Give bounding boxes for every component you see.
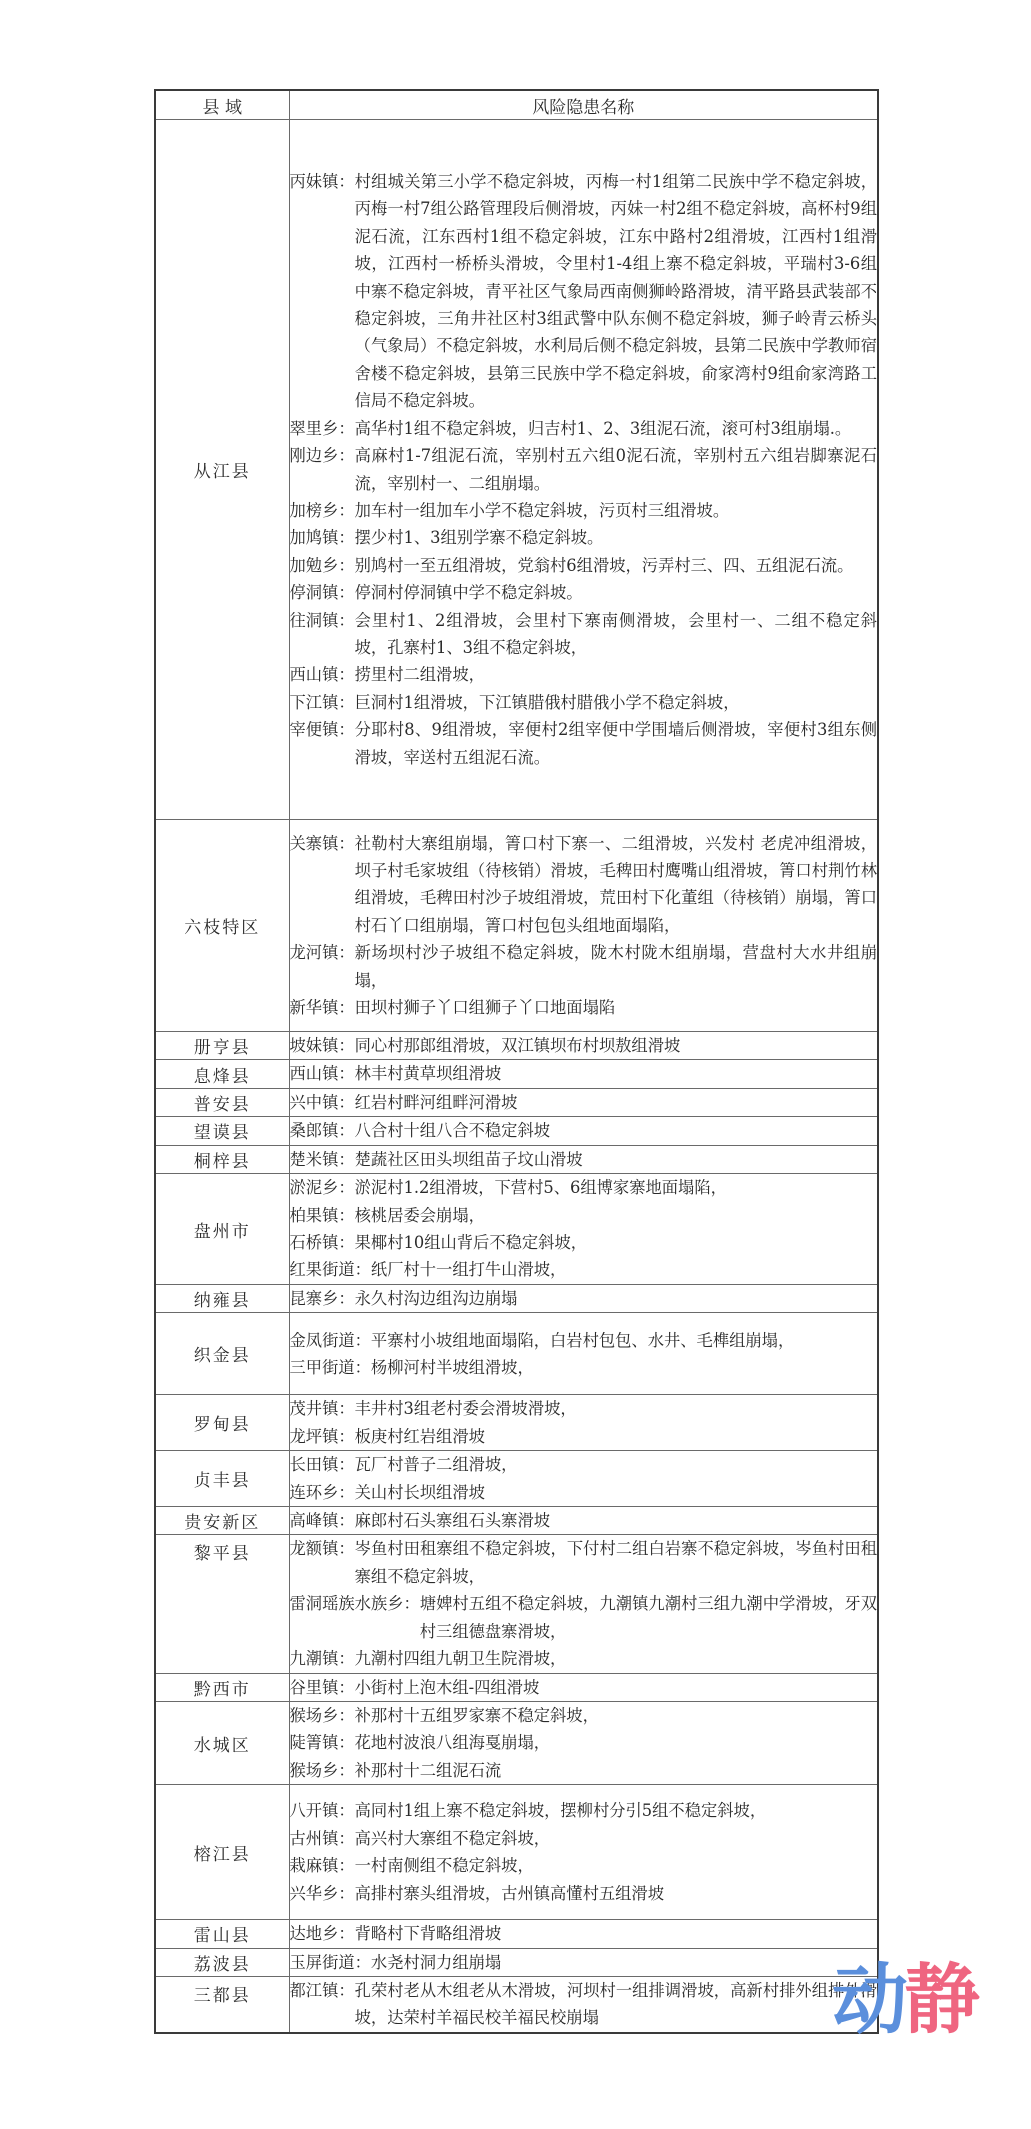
hazard-description: 高华村1组不稳定斜坡，归吉村1、2、3组泥石流，滚可村3组崩塌.。 (355, 415, 877, 442)
hazard-entry: 兴华乡：高排村寨头组滑坡，古州镇高懂村五组滑坡 (290, 1880, 878, 1907)
town-name: 兴中镇： (290, 1089, 355, 1116)
county-cell: 望谟县 (155, 1117, 289, 1145)
hazard-description: 田坝村狮子丫口组狮子丫口地面塌陷 (355, 994, 877, 1021)
town-name: 兴华乡： (290, 1880, 355, 1907)
hazard-description: 丰井村3组老村委会滑坡滑坡， (355, 1395, 877, 1422)
county-cell: 罗甸县 (155, 1395, 289, 1451)
table-row: 六枝特区关寨镇：社勒村大寨组崩塌，箐口村下寨一、二组滑坡，兴发村 老虎冲组滑坡，… (155, 820, 878, 1032)
town-name: 关寨镇： (290, 830, 355, 857)
hazard-description: 八合村十组八合不稳定斜坡 (355, 1117, 877, 1144)
hazard-description: 孔荣村老从木组老从木滑坡，河坝村一组排调滑坡，高新村排外组排外滑坡，达荣村羊福民… (355, 1977, 877, 2032)
header-hazard-name: 风险隐患名称 (289, 90, 878, 120)
hazard-list-cell: 玉屏街道：水尧村洞力组崩塌 (289, 1948, 878, 1976)
county-cell: 水城区 (155, 1701, 289, 1784)
hazard-description: 水尧村洞力组崩塌 (371, 1949, 877, 1976)
hazard-description: 杨柳河村半坡组滑坡， (371, 1354, 877, 1381)
hazard-description: 背略村下背略组滑坡 (355, 1920, 877, 1947)
hazard-entry: 八开镇：高同村1组上寨不稳定斜坡，摆柳村分引5组不稳定斜坡， (290, 1797, 878, 1824)
town-name: 新华镇： (290, 994, 355, 1021)
hazard-list-cell: 茂井镇：丰井村3组老村委会滑坡滑坡，龙坪镇：板庚村红岩组滑坡 (289, 1395, 878, 1451)
hazard-entry: 陡箐镇：花地村波浪八组海戛崩塌， (290, 1729, 878, 1756)
county-cell: 册亨县 (155, 1032, 289, 1060)
hazard-entry: 新华镇：田坝村狮子丫口组狮子丫口地面塌陷 (290, 994, 878, 1021)
hazard-entry: 都江镇：孔荣村老从木组老从木滑坡，河坝村一组排调滑坡，高新村排外组排外滑坡，达荣… (290, 1977, 878, 2032)
hazard-description: 果椰村10组山背后不稳定斜坡， (355, 1229, 877, 1256)
hazard-entry: 丙妹镇：村组城关第三小学不稳定斜坡，丙梅一村1组第二民族中学不稳定斜坡，丙梅一村… (290, 168, 878, 415)
hazard-entry: 九潮镇：九潮村四组九朝卫生院滑坡， (290, 1645, 878, 1672)
town-name: 玉屏街道： (290, 1949, 371, 1976)
hazard-entry: 宰便镇：分耶村8、9组滑坡，宰便村2组宰便中学围墙后侧滑坡，宰便村3组东侧滑坡，… (290, 716, 878, 771)
hazard-list-cell: 谷里镇：小街村上泡木组-四组滑坡 (289, 1673, 878, 1701)
hazard-entry: 淤泥乡：淤泥村1.2组滑坡，下营村5、6组博家寨地面塌陷， (290, 1174, 878, 1201)
hazard-list-cell: 兴中镇：红岩村畔河组畔河滑坡 (289, 1088, 878, 1116)
town-name: 谷里镇： (290, 1674, 355, 1701)
watermark-char-jing: 静 (904, 1955, 976, 2044)
hazard-list-cell: 猴场乡：补那村十五组罗家寨不稳定斜坡，陡箐镇：花地村波浪八组海戛崩塌，猴场乡：补… (289, 1701, 878, 1784)
town-name: 加勉乡： (290, 552, 355, 579)
hazard-description: 同心村那郎组滑坡，双江镇坝布村坝敖组滑坡 (355, 1032, 877, 1059)
hazard-description: 村组城关第三小学不稳定斜坡，丙梅一村1组第二民族中学不稳定斜坡，丙梅一村7组公路… (355, 168, 877, 415)
hazard-list-cell: 西山镇：林丰村黄草坝组滑坡 (289, 1060, 878, 1088)
town-name: 达地乡： (290, 1920, 355, 1947)
town-name: 丙妹镇： (290, 168, 355, 195)
hazard-description: 板庚村红岩组滑坡 (355, 1423, 877, 1450)
hazard-description: 社勒村大寨组崩塌，箐口村下寨一、二组滑坡，兴发村 老虎冲组滑坡，坝子村毛家坡组（… (355, 830, 877, 940)
hazard-list-cell: 昆寨乡：永久村沟边组沟边崩塌 (289, 1285, 878, 1313)
hazard-description: 高排村寨头组滑坡，古州镇高懂村五组滑坡 (355, 1880, 877, 1907)
hazard-description: 补那村十二组泥石流 (355, 1757, 877, 1784)
table-row: 贵安新区高峰镇：麻郎村石头寨组石头寨滑坡 (155, 1507, 878, 1535)
town-name: 猴场乡： (290, 1757, 355, 1784)
hazard-entry: 龙河镇：新场坝村沙子坡组不稳定斜坡，陇木村陇木组崩塌，营盘村大水井组崩塌， (290, 939, 878, 994)
hazard-entry: 茂井镇：丰井村3组老村委会滑坡滑坡， (290, 1395, 878, 1422)
county-cell: 织金县 (155, 1313, 289, 1395)
town-name: 古州镇： (290, 1825, 355, 1852)
hazard-list-cell: 金凤街道：平寨村小坡组地面塌陷，白岩村包包、水井、毛榫组崩塌，三甲街道：杨柳河村… (289, 1313, 878, 1395)
town-name: 加鸠镇： (290, 524, 355, 551)
hazard-entry: 西山镇：捞里村二组滑坡， (290, 661, 878, 688)
county-cell: 三都县 (155, 1976, 289, 2032)
hazard-list-cell: 桑郎镇：八合村十组八合不稳定斜坡 (289, 1117, 878, 1145)
hazard-description: 别鸠村一至五组滑坡，党翁村6组滑坡，污弄村三、四、五组泥石流。 (355, 552, 877, 579)
hazard-description: 平寨村小坡组地面塌陷，白岩村包包、水井、毛榫组崩塌， (371, 1327, 877, 1354)
hazard-entry: 玉屏街道：水尧村洞力组崩塌 (290, 1949, 878, 1976)
hazard-description: 会里村1、2组滑坡，会里村下寨南侧滑坡，会里村一、二组不稳定斜坡，孔寨村1、3组… (355, 607, 877, 662)
town-name: 栽麻镇： (290, 1852, 355, 1879)
table-row: 贞丰县长田镇：瓦厂村普子二组滑坡，连环乡：关山村长坝组滑坡 (155, 1451, 878, 1507)
town-name: 宰便镇： (290, 716, 355, 743)
hazard-entry: 停洞镇：停洞村停洞镇中学不稳定斜坡。 (290, 579, 878, 606)
hazard-entry: 谷里镇：小街村上泡木组-四组滑坡 (290, 1674, 878, 1701)
hazard-entry: 古州镇：高兴村大寨组不稳定斜坡， (290, 1825, 878, 1852)
hazard-description: 关山村长坝组滑坡 (355, 1479, 877, 1506)
hazard-entry: 楚米镇：楚蔬社区田头坝组苗子坟山滑坡 (290, 1146, 878, 1173)
table-row: 雷山县达地乡：背略村下背略组滑坡 (155, 1920, 878, 1948)
town-name: 连环乡： (290, 1479, 355, 1506)
county-cell: 盘州市 (155, 1174, 289, 1285)
table-row: 荔波县玉屏街道：水尧村洞力组崩塌 (155, 1948, 878, 1976)
hazard-entry: 龙坪镇：板庚村红岩组滑坡 (290, 1423, 878, 1450)
hazard-entry: 关寨镇：社勒村大寨组崩塌，箐口村下寨一、二组滑坡，兴发村 老虎冲组滑坡，坝子村毛… (290, 830, 878, 940)
hazard-entry: 下江镇：巨洞村1组滑坡，下江镇腊俄村腊俄小学不稳定斜坡， (290, 689, 878, 716)
county-cell: 六枝特区 (155, 820, 289, 1032)
table-row: 纳雍县昆寨乡：永久村沟边组沟边崩塌 (155, 1285, 878, 1313)
hazard-description: 林丰村黄草坝组滑坡 (355, 1060, 877, 1087)
hazard-description: 岑鱼村田租寨组不稳定斜坡，下付村二组白岩寨不稳定斜坡，岑鱼村田租寨组不稳定斜坡， (355, 1535, 877, 1590)
county-cell: 贵安新区 (155, 1507, 289, 1535)
town-name: 桑郎镇： (290, 1117, 355, 1144)
county-cell: 桐梓县 (155, 1145, 289, 1173)
table-row: 黔西市谷里镇：小街村上泡木组-四组滑坡 (155, 1673, 878, 1701)
hazard-entry: 加勉乡：别鸠村一至五组滑坡，党翁村6组滑坡，污弄村三、四、五组泥石流。 (290, 552, 878, 579)
table-row: 从江县丙妹镇：村组城关第三小学不稳定斜坡，丙梅一村1组第二民族中学不稳定斜坡，丙… (155, 120, 878, 820)
hazard-description: 高麻村1-7组泥石流，宰别村五六组0泥石流，宰别村五六组岩脚寨泥石流，宰别村一、… (355, 442, 877, 497)
town-name: 猴场乡： (290, 1702, 355, 1729)
town-name: 停洞镇： (290, 579, 355, 606)
hazard-entry: 猴场乡：补那村十二组泥石流 (290, 1757, 878, 1784)
county-cell: 荔波县 (155, 1948, 289, 1976)
town-name: 柏果镇： (290, 1202, 355, 1229)
risk-hazard-table: 县 域 风险隐患名称 从江县丙妹镇：村组城关第三小学不稳定斜坡，丙梅一村1组第二… (154, 89, 879, 2034)
town-name: 茂井镇： (290, 1395, 355, 1422)
table-header-row: 县 域 风险隐患名称 (155, 90, 878, 120)
hazard-entry: 刚边乡：高麻村1-7组泥石流，宰别村五六组0泥石流，宰别村五六组岩脚寨泥石流，宰… (290, 442, 878, 497)
hazard-description: 摆少村1、3组别学寨不稳定斜坡。 (355, 524, 877, 551)
town-name: 陡箐镇： (290, 1729, 355, 1756)
town-name: 石桥镇： (290, 1229, 355, 1256)
county-cell: 普安县 (155, 1088, 289, 1116)
town-name: 高峰镇： (290, 1507, 355, 1534)
town-name: 刚边乡： (290, 442, 355, 469)
header-county: 县 域 (155, 90, 289, 120)
table-row: 黎平县龙额镇：岑鱼村田租寨组不稳定斜坡，下付村二组白岩寨不稳定斜坡，岑鱼村田租寨… (155, 1535, 878, 1673)
hazard-entry: 加榜乡：加车村一组加车小学不稳定斜坡，污页村三组滑坡。 (290, 497, 878, 524)
county-cell: 黔西市 (155, 1673, 289, 1701)
hazard-list-cell: 关寨镇：社勒村大寨组崩塌，箐口村下寨一、二组滑坡，兴发村 老虎冲组滑坡，坝子村毛… (289, 820, 878, 1032)
hazard-entry: 雷洞瑶族水族乡：塘婢村五组不稳定斜坡，九潮镇九潮村三组九潮中学滑坡，牙双村三组德… (290, 1590, 878, 1645)
hazard-entry: 西山镇：林丰村黄草坝组滑坡 (290, 1060, 878, 1087)
hazard-description: 加车村一组加车小学不稳定斜坡，污页村三组滑坡。 (355, 497, 877, 524)
hazard-list-cell: 淤泥乡：淤泥村1.2组滑坡，下营村5、6组博家寨地面塌陷，柏果镇：核桃居委会崩塌… (289, 1174, 878, 1285)
town-name: 红果街道： (290, 1256, 371, 1283)
hazard-list-cell: 高峰镇：麻郎村石头寨组石头寨滑坡 (289, 1507, 878, 1535)
county-cell: 纳雍县 (155, 1285, 289, 1313)
county-cell: 贞丰县 (155, 1451, 289, 1507)
hazard-description: 捞里村二组滑坡， (355, 661, 877, 688)
hazard-description: 花地村波浪八组海戛崩塌， (355, 1729, 877, 1756)
table-row: 三都县都江镇：孔荣村老从木组老从木滑坡，河坝村一组排调滑坡，高新村排外组排外滑坡… (155, 1976, 878, 2032)
table-row: 望谟县桑郎镇：八合村十组八合不稳定斜坡 (155, 1117, 878, 1145)
hazard-entry: 三甲街道：杨柳河村半坡组滑坡， (290, 1354, 878, 1381)
hazard-entry: 翠里乡：高华村1组不稳定斜坡，归吉村1、2、3组泥石流，滚可村3组崩塌.。 (290, 415, 878, 442)
table-row: 水城区猴场乡：补那村十五组罗家寨不稳定斜坡，陡箐镇：花地村波浪八组海戛崩塌，猴场… (155, 1701, 878, 1784)
hazard-entry: 金凤街道：平寨村小坡组地面塌陷，白岩村包包、水井、毛榫组崩塌， (290, 1327, 878, 1354)
town-name: 龙额镇： (290, 1535, 355, 1562)
hazard-entry: 石桥镇：果椰村10组山背后不稳定斜坡， (290, 1229, 878, 1256)
table-row: 息烽县西山镇：林丰村黄草坝组滑坡 (155, 1060, 878, 1088)
hazard-description: 核桃居委会崩塌， (355, 1202, 877, 1229)
hazard-entry: 达地乡：背略村下背略组滑坡 (290, 1920, 878, 1947)
table-row: 桐梓县楚米镇：楚蔬社区田头坝组苗子坟山滑坡 (155, 1145, 878, 1173)
hazard-list-cell: 坡妹镇：同心村那郎组滑坡，双江镇坝布村坝敖组滑坡 (289, 1032, 878, 1060)
hazard-list-cell: 楚米镇：楚蔬社区田头坝组苗子坟山滑坡 (289, 1145, 878, 1173)
hazard-description: 一村南侧组不稳定斜坡， (355, 1852, 877, 1879)
table-row: 册亨县坡妹镇：同心村那郎组滑坡，双江镇坝布村坝敖组滑坡 (155, 1032, 878, 1060)
hazard-description: 麻郎村石头寨组石头寨滑坡 (355, 1507, 877, 1534)
town-name: 往洞镇： (290, 607, 355, 634)
town-name: 西山镇： (290, 661, 355, 688)
hazard-description: 九潮村四组九朝卫生院滑坡， (355, 1645, 877, 1672)
table-row: 罗甸县茂井镇：丰井村3组老村委会滑坡滑坡，龙坪镇：板庚村红岩组滑坡 (155, 1395, 878, 1451)
hazard-description: 永久村沟边组沟边崩塌 (355, 1285, 877, 1312)
hazard-list-cell: 长田镇：瓦厂村普子二组滑坡，连环乡：关山村长坝组滑坡 (289, 1451, 878, 1507)
hazard-entry: 龙额镇：岑鱼村田租寨组不稳定斜坡，下付村二组白岩寨不稳定斜坡，岑鱼村田租寨组不稳… (290, 1535, 878, 1590)
town-name: 楚米镇： (290, 1146, 355, 1173)
hazard-description: 塘婢村五组不稳定斜坡，九潮镇九潮村三组九潮中学滑坡，牙双村三组德盘寨滑坡， (420, 1590, 877, 1645)
town-name: 都江镇： (290, 1977, 355, 2004)
hazard-description: 分耶村8、9组滑坡，宰便村2组宰便中学围墙后侧滑坡，宰便村3组东侧滑坡，宰送村五… (355, 716, 877, 771)
hazard-description: 新场坝村沙子坡组不稳定斜坡，陇木村陇木组崩塌，营盘村大水井组崩塌， (355, 939, 877, 994)
town-name: 下江镇： (290, 689, 355, 716)
hazard-entry: 坡妹镇：同心村那郎组滑坡，双江镇坝布村坝敖组滑坡 (290, 1032, 878, 1059)
hazard-description: 高兴村大寨组不稳定斜坡， (355, 1825, 877, 1852)
town-name: 三甲街道： (290, 1354, 371, 1381)
town-name: 龙坪镇： (290, 1423, 355, 1450)
town-name: 坡妹镇： (290, 1032, 355, 1059)
hazard-entry: 柏果镇：核桃居委会崩塌， (290, 1202, 878, 1229)
hazard-list-cell: 八开镇：高同村1组上寨不稳定斜坡，摆柳村分引5组不稳定斜坡，古州镇：高兴村大寨组… (289, 1785, 878, 1920)
document-page: 县 域 风险隐患名称 从江县丙妹镇：村组城关第三小学不稳定斜坡，丙梅一村1组第二… (0, 0, 1031, 2129)
county-cell: 息烽县 (155, 1060, 289, 1088)
county-cell: 从江县 (155, 120, 289, 820)
hazard-description: 巨洞村1组滑坡，下江镇腊俄村腊俄小学不稳定斜坡， (355, 689, 877, 716)
hazard-description: 红岩村畔河组畔河滑坡 (355, 1089, 877, 1116)
hazard-entry: 红果街道：纸厂村十一组打牛山滑坡， (290, 1256, 878, 1283)
hazard-list-cell: 达地乡：背略村下背略组滑坡 (289, 1920, 878, 1948)
town-name: 龙河镇： (290, 939, 355, 966)
hazard-description: 停洞村停洞镇中学不稳定斜坡。 (355, 579, 877, 606)
table-row: 榕江县八开镇：高同村1组上寨不稳定斜坡，摆柳村分引5组不稳定斜坡，古州镇：高兴村… (155, 1785, 878, 1920)
hazard-description: 纸厂村十一组打牛山滑坡， (371, 1256, 877, 1283)
hazard-entry: 加鸠镇：摆少村1、3组别学寨不稳定斜坡。 (290, 524, 878, 551)
hazard-description: 高同村1组上寨不稳定斜坡，摆柳村分引5组不稳定斜坡， (355, 1797, 877, 1824)
hazard-list-cell: 龙额镇：岑鱼村田租寨组不稳定斜坡，下付村二组白岩寨不稳定斜坡，岑鱼村田租寨组不稳… (289, 1535, 878, 1673)
town-name: 西山镇： (290, 1060, 355, 1087)
hazard-entry: 往洞镇：会里村1、2组滑坡，会里村下寨南侧滑坡，会里村一、二组不稳定斜坡，孔寨村… (290, 607, 878, 662)
town-name: 翠里乡： (290, 415, 355, 442)
hazard-description: 瓦厂村普子二组滑坡， (355, 1451, 877, 1478)
hazard-entry: 兴中镇：红岩村畔河组畔河滑坡 (290, 1089, 878, 1116)
table-row: 普安县兴中镇：红岩村畔河组畔河滑坡 (155, 1088, 878, 1116)
hazard-list-cell: 丙妹镇：村组城关第三小学不稳定斜坡，丙梅一村1组第二民族中学不稳定斜坡，丙梅一村… (289, 120, 878, 820)
hazard-entry: 长田镇：瓦厂村普子二组滑坡， (290, 1451, 878, 1478)
hazard-entry: 栽麻镇：一村南侧组不稳定斜坡， (290, 1852, 878, 1879)
hazard-description: 淤泥村1.2组滑坡，下营村5、6组博家寨地面塌陷， (355, 1174, 877, 1201)
town-name: 雷洞瑶族水族乡： (290, 1590, 420, 1617)
hazard-description: 小街村上泡木组-四组滑坡 (355, 1674, 877, 1701)
table-row: 织金县金凤街道：平寨村小坡组地面塌陷，白岩村包包、水井、毛榫组崩塌，三甲街道：杨… (155, 1313, 878, 1395)
town-name: 金凤街道： (290, 1327, 371, 1354)
county-cell: 黎平县 (155, 1535, 289, 1673)
hazard-description: 楚蔬社区田头坝组苗子坟山滑坡 (355, 1146, 877, 1173)
hazard-list-cell: 都江镇：孔荣村老从木组老从木滑坡，河坝村一组排调滑坡，高新村排外组排外滑坡，达荣… (289, 1976, 878, 2032)
hazard-entry: 连环乡：关山村长坝组滑坡 (290, 1479, 878, 1506)
county-cell: 榕江县 (155, 1785, 289, 1920)
hazard-entry: 昆寨乡：永久村沟边组沟边崩塌 (290, 1285, 878, 1312)
town-name: 淤泥乡： (290, 1174, 355, 1201)
town-name: 九潮镇： (290, 1645, 355, 1672)
county-cell: 雷山县 (155, 1920, 289, 1948)
hazard-entry: 猴场乡：补那村十五组罗家寨不稳定斜坡， (290, 1702, 878, 1729)
town-name: 加榜乡： (290, 497, 355, 524)
town-name: 八开镇： (290, 1797, 355, 1824)
hazard-description: 补那村十五组罗家寨不稳定斜坡， (355, 1702, 877, 1729)
table-row: 盘州市淤泥乡：淤泥村1.2组滑坡，下营村5、6组博家寨地面塌陷，柏果镇：核桃居委… (155, 1174, 878, 1285)
town-name: 长田镇： (290, 1451, 355, 1478)
table-body: 从江县丙妹镇：村组城关第三小学不稳定斜坡，丙梅一村1组第二民族中学不稳定斜坡，丙… (155, 120, 878, 2033)
hazard-entry: 桑郎镇：八合村十组八合不稳定斜坡 (290, 1117, 878, 1144)
hazard-entry: 高峰镇：麻郎村石头寨组石头寨滑坡 (290, 1507, 878, 1534)
town-name: 昆寨乡： (290, 1285, 355, 1312)
